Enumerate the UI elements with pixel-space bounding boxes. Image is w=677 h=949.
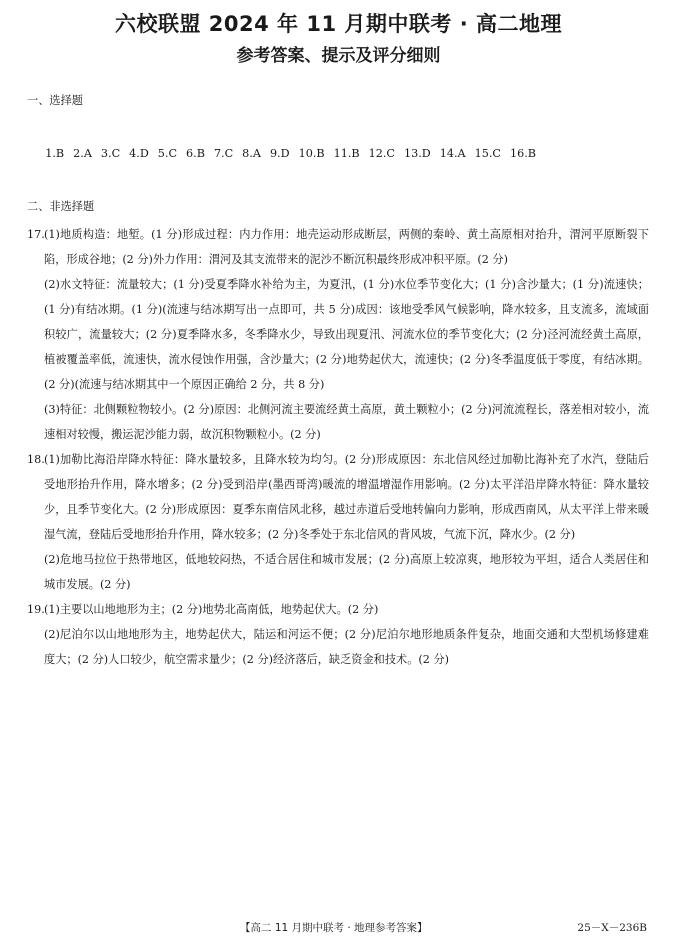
question-19: 19. (1)主要以山地地形为主；(2 分)地势北高南低，地势起伏大。(2 分)…	[27, 597, 649, 672]
multiple-choice-answers: 1.B2.A3.C4.D5.C6.B7.C8.A9.D10.B11.B12.C1…	[27, 116, 649, 191]
answer-8: 8.A	[242, 147, 261, 160]
answer-14: 14.A	[440, 147, 466, 160]
question-17-part-3: (3)特征：北侧颗粒物较小。(2 分)原因：北侧河流主要流经黄土高原，黄土颗粒小…	[44, 397, 649, 447]
document-subtitle: 参考答案、提示及评分细则	[0, 41, 677, 66]
answer-2: 2.A	[73, 147, 92, 160]
footer-code: 25－X－236B	[577, 920, 647, 935]
question-17-part-2: (2)水文特征：流量较大；(1 分)受夏季降水补给为主，为夏汛，(1 分)水位季…	[44, 272, 649, 397]
question-18-part-1: (1)加勒比海沿岸降水特征：降水量较多，且降水较为均匀。(2 分)形成原因：东北…	[44, 447, 649, 547]
question-18: 18. (1)加勒比海沿岸降水特征：降水量较多，且降水较为均匀。(2 分)形成原…	[27, 447, 649, 597]
answer-6: 6.B	[186, 147, 205, 160]
answer-10: 10.B	[299, 147, 325, 160]
answer-9: 9.D	[270, 147, 290, 160]
question-number: 18.	[27, 447, 45, 472]
answer-16: 16.B	[510, 147, 536, 160]
section-heading-multiple-choice: 一、选择题	[27, 88, 649, 113]
answer-7: 7.C	[214, 147, 233, 160]
footer-label: 【高二 11 月期中联考 · 地理参考答案】	[240, 920, 428, 935]
answer-1: 1.B	[45, 147, 64, 160]
answer-3: 3.C	[101, 147, 120, 160]
document-title: 六校联盟 2024 年 11 月期中联考 · 高二地理	[0, 8, 677, 38]
answer-content: 一、选择题 1.B2.A3.C4.D5.C6.B7.C8.A9.D10.B11.…	[27, 88, 649, 672]
answer-5: 5.C	[158, 147, 177, 160]
question-19-part-1: (1)主要以山地地形为主；(2 分)地势北高南低，地势起伏大。(2 分)	[44, 597, 649, 622]
answer-12: 12.C	[369, 147, 395, 160]
question-17: 17. (1)地质构造：地堑。(1 分)形成过程：内力作用：地壳运动形成断层，两…	[27, 222, 649, 447]
question-19-part-2: (2)尼泊尔以山地地形为主，地势起伏大，陆运和河运不便；(2 分)尼泊尔地形地质…	[44, 622, 649, 672]
answer-4: 4.D	[129, 147, 149, 160]
question-number: 19.	[27, 597, 45, 622]
question-number: 17.	[27, 222, 45, 247]
section-heading-free-response: 二、非选择题	[27, 194, 649, 219]
question-17-part-1: (1)地质构造：地堑。(1 分)形成过程：内力作用：地壳运动形成断层，两侧的秦岭…	[44, 222, 649, 272]
answer-13: 13.D	[404, 147, 431, 160]
answer-11: 11.B	[334, 147, 360, 160]
answer-15: 15.C	[475, 147, 501, 160]
question-18-part-2: (2)危地马拉位于热带地区，低地较闷热，不适合居住和城市发展；(2 分)高原上较…	[44, 547, 649, 597]
